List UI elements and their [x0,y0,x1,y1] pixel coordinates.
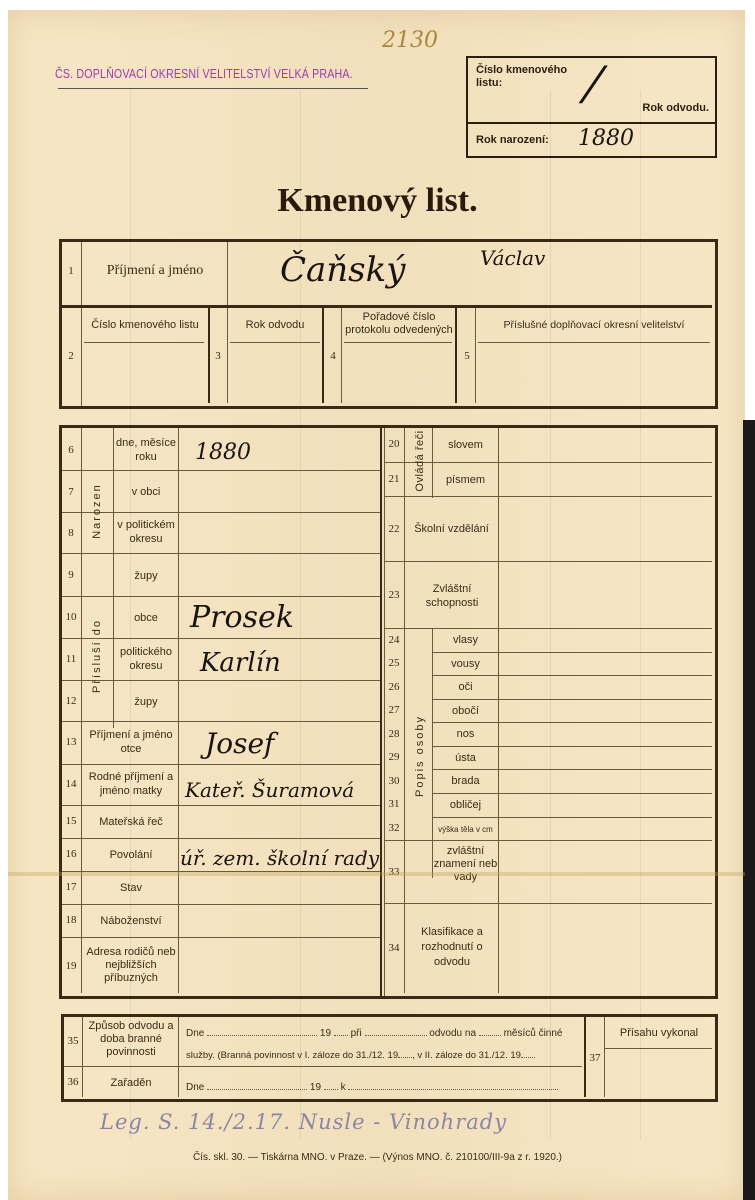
box-divider [468,122,715,124]
group-label-prislusi: Přísluší do [91,611,103,701]
blank-field[interactable] [398,1048,412,1058]
row-label: Rodné příjmení a jméno matky [84,770,178,798]
row-label: v obci [114,485,178,499]
divider [341,308,342,403]
row-number: 29 [385,751,403,763]
divider [404,428,405,993]
row-label: slovem [433,438,498,452]
blank-field[interactable] [348,1080,558,1090]
row-label: Přísahu vykonal [606,1026,712,1040]
print-footer: Čís. skl. 30. — Tiskárna MNO. v Praze. —… [0,1152,755,1163]
row-label: obličej [433,798,498,812]
row-number: 20 [385,438,403,450]
row-number: 8 [64,527,78,539]
kmen-list-label: Číslo kmenového listu: [476,64,586,90]
row-number: 21 [385,473,403,485]
divider [178,1017,179,1097]
row-label: dne, měsíce roku [114,436,178,464]
blank-field[interactable] [207,1026,317,1036]
handwritten-note: Leg. S. 14./2.17. Nusle - Vinohrady [100,1110,507,1134]
divider [81,242,82,406]
divider [498,428,499,993]
row-number: 18 [64,914,78,926]
blank-field[interactable] [521,1048,535,1058]
divider [344,342,452,343]
divider [384,462,712,463]
row-number: 32 [385,822,403,834]
row-label: oči [433,680,498,694]
group-label-narozen: Narozen [91,476,103,546]
divider [380,428,382,996]
divider [604,1017,605,1097]
row-number: 14 [64,778,78,790]
row-number: 16 [64,848,78,860]
row-label: politického okresu [114,645,178,673]
row-label: Zvláštní schopnosti [412,582,492,610]
divider [62,721,380,722]
divider [432,769,712,770]
blank-field[interactable] [479,1026,501,1036]
blank-field[interactable] [324,1080,338,1090]
row-number: 17 [64,881,78,893]
row-number: 26 [385,681,403,693]
archive-number: 2130 [382,28,438,53]
okres-value[interactable]: Karlín [200,648,281,678]
father-name-value[interactable]: Josef [205,727,274,760]
divider [432,793,712,794]
divider [208,308,210,403]
text: Dne [186,1082,204,1093]
divider [475,308,476,403]
service-line-2: služby. (Branná povinnost v I. záloze do… [186,1048,582,1061]
row-number: 6 [64,444,78,456]
divider [227,308,228,403]
row-label: písmem [433,473,498,487]
group-label-popis: Popis osoby [414,706,426,806]
divider [384,628,712,629]
row-number: 37 [586,1052,604,1064]
divider [62,937,380,938]
row-label: Zařaděn [84,1076,178,1090]
text: při [351,1028,362,1039]
occupation-value[interactable]: úř. zem. školní rady [180,846,379,870]
rok-narozeni-value[interactable]: 1880 [578,126,634,151]
row-number: 13 [64,736,78,748]
col-label: Rok odvodu [230,318,320,332]
page-title: Kmenový list. [0,182,755,220]
row-label: výška těla v cm [433,823,498,837]
row-number: 34 [385,942,403,954]
row-number: 15 [64,815,78,827]
divider [62,638,380,639]
row-label: obce [114,611,178,625]
text: měsíců činné [504,1028,563,1039]
stamp-underline [58,88,368,89]
row-number: 3 [211,350,225,362]
given-name-value[interactable]: Václav [480,246,545,270]
row-number: 7 [64,486,78,498]
row-label: obočí [433,704,498,718]
divider [82,1017,83,1097]
row-label: Povolání [84,848,178,862]
divider [64,1066,582,1067]
row-label: Příjmení a jméno otce [84,728,178,756]
divider [62,512,380,513]
office-stamp: ČS. DOPLŇOVACÍ OKRESNÍ VELITELSTVÍ VELKÁ… [55,66,353,81]
surname-value[interactable]: Čaňský [280,250,405,290]
row-label: ústa [433,751,498,765]
divider [62,470,380,471]
text: odvodu na [429,1028,476,1039]
birth-date-value[interactable]: 1880 [195,440,251,465]
row-number: 36 [64,1076,82,1088]
row-number: 5 [460,350,474,362]
row-label: vlasy [433,633,498,647]
row-number: 24 [385,634,403,646]
col-label: Příslušné doplňovací okresní velitelství [478,318,710,332]
row-label: vousy [433,657,498,671]
divider [432,746,712,747]
row-label: v politickém okresu [114,518,178,546]
row-number: 2 [64,350,78,362]
row-label: Stav [84,881,178,895]
row-label: nos [433,727,498,741]
row-number: 22 [385,523,403,535]
rok-narozeni-label: Rok narození: [476,134,549,146]
row-number: 35 [64,1035,82,1047]
group-label-ovlada: Ovládá řeči [414,421,426,501]
divider [227,242,228,306]
mother-name-value[interactable]: Kateř. Šuramová [185,778,354,802]
divider [230,342,320,343]
col-label: Pořadové číslo protokolu odvedených [344,311,454,337]
divider [322,308,324,403]
text: 19 [310,1082,321,1093]
divider [62,904,380,905]
row-number: 9 [64,569,78,581]
row-number: 10 [64,611,78,623]
row-number: 30 [385,775,403,787]
scan-edge [743,420,755,1200]
divider [432,722,712,723]
row-number: 31 [385,798,403,810]
row-number: 28 [385,728,403,740]
row-number: 4 [326,350,340,362]
divider [62,764,380,765]
divider [455,308,457,403]
rok-odvodu-label: Rok odvodu. [642,102,709,114]
divider [432,652,712,653]
divider [384,903,712,904]
text: Dne [186,1028,204,1039]
row-number: 1 [64,265,78,277]
row-number: 27 [385,704,403,716]
divider [62,838,380,839]
service-line-1: Dne 19 při odvodu na měsíců činné [186,1026,582,1039]
text: 19 [320,1028,331,1039]
blank-field[interactable] [334,1026,348,1036]
row-label: župy [114,695,178,709]
row-label: Adresa rodičů neb nejbližších příbuzných [84,946,178,985]
row-label: Náboženství [84,914,178,928]
row-label: župy [114,569,178,583]
divider [62,805,380,806]
row-number: 12 [64,695,78,707]
text: služby. (Branná povinnost v I. záloze do… [186,1050,398,1061]
divider [432,675,712,676]
divider [478,342,710,343]
divider [432,699,712,700]
row-number: 25 [385,657,403,669]
assignment-line: Dne 19 k [186,1080,582,1093]
col-label: Číslo kmenového listu [84,318,206,332]
divider [384,496,712,497]
row-label: Školní vzdělání [405,522,498,536]
fold-crease [8,872,745,876]
divider [62,680,380,681]
divider [62,553,380,554]
divider [605,1048,712,1049]
blank-field[interactable] [207,1080,307,1090]
text: k [341,1082,346,1093]
divider [384,840,712,841]
obec-value[interactable]: Prosek [190,600,294,635]
name-label: Příjmení a jméno [90,264,220,278]
row-label: Mateřská řeč [84,815,178,829]
row-number: 11 [64,653,78,665]
blank-field[interactable] [365,1026,427,1036]
row-label: brada [433,774,498,788]
text: , v II. záloze do 31./12. 19 [412,1050,521,1061]
divider [84,342,204,343]
divider [432,817,712,818]
divider [62,305,712,308]
row-number: 19 [64,960,78,972]
row-label: Způsob odvodu a doba branné povinnosti [84,1020,178,1059]
row-number: 23 [385,589,403,601]
divider [384,561,712,562]
row-label: Klasifikace a rozhodnutí o odvodu [408,925,496,970]
divider [62,596,380,597]
row-label: zvláštní znamení neb vady [433,845,498,884]
top-info-box: Číslo kmenového listu: / Rok odvodu. Rok… [466,56,717,158]
